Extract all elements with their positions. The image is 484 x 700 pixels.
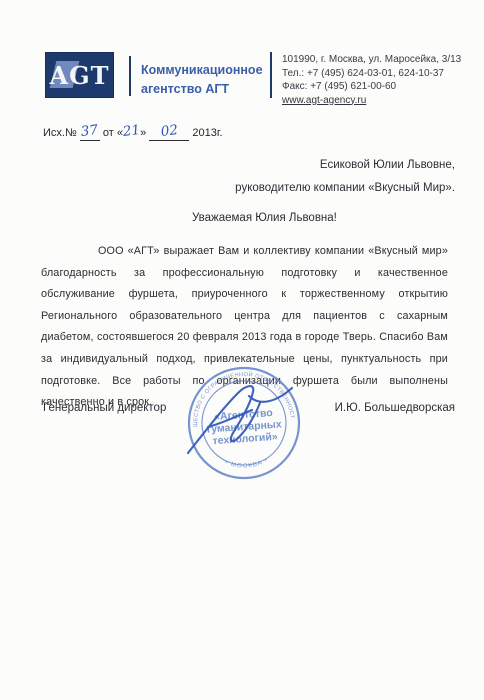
handwritten-ref-number: 37 [80,124,99,139]
agt-logo-text: AGT [45,52,114,98]
signature-title: Генеральный директор [43,402,166,414]
svg-text:• МОСКВА •: • МОСКВА • [224,456,271,471]
signatory-name: И.Ю. Большедворская [335,402,455,414]
ref-year: 2013г. [192,127,222,139]
addressee-name: Есиковой Юлии Львовне, [235,154,455,177]
addressee-role: руководителю компании «Вкусный Мир». [235,177,455,200]
handwritten-day: 21 [122,122,141,140]
address-block: 101990, г. Москва, ул. Маросейка, 3/13 Т… [282,53,462,107]
stamp-rim-bottom-text: • МОСКВА • [224,456,271,471]
ref-number-blank: 37 [80,126,100,141]
agency-name-line2: агентство АГТ [141,80,266,99]
reference-line: Исх.№ 37 от «21» 02 2013г. [43,124,223,141]
company-stamp: ОБЩЕСТВО С ОГРАНИЧЕННОЙ ОТВЕТСТВЕННОСТЬЮ… [180,363,310,485]
letterhead-divider-left [129,56,131,96]
fax-line: Факс: +7 (495) 621-00-60 [282,80,462,94]
ref-month-blank: 02 [149,126,189,141]
stamp-seal-graphic: ОБЩЕСТВО С ОГРАНИЧЕННОЙ ОТВЕТСТВЕННОСТЬЮ… [180,363,310,485]
phone-line: Тел.: +7 (495) 624-03-01, 624-10-37 [282,67,462,81]
ref-of-label: от « [103,127,123,139]
scanned-letter-page: AGT Коммуникационное агентство АГТ 10199… [0,0,484,700]
agt-logo: AGT [45,52,114,98]
website-text: www.agt-agency.ru [282,94,462,108]
letterhead-divider-right [270,52,272,98]
handwritten-month: 02 [160,124,179,139]
addressee-block: Есиковой Юлии Львовне, руководителю комп… [235,154,455,199]
ref-label: Исх.№ [43,127,77,139]
ref-quote-close: » [140,127,146,139]
agency-name: Коммуникационное агентство АГТ [141,61,266,99]
agency-name-line1: Коммуникационное [141,61,266,80]
salutation: Уважаемая Юлия Львовна! [192,212,337,224]
address-line: 101990, г. Москва, ул. Маросейка, 3/13 [282,53,462,67]
